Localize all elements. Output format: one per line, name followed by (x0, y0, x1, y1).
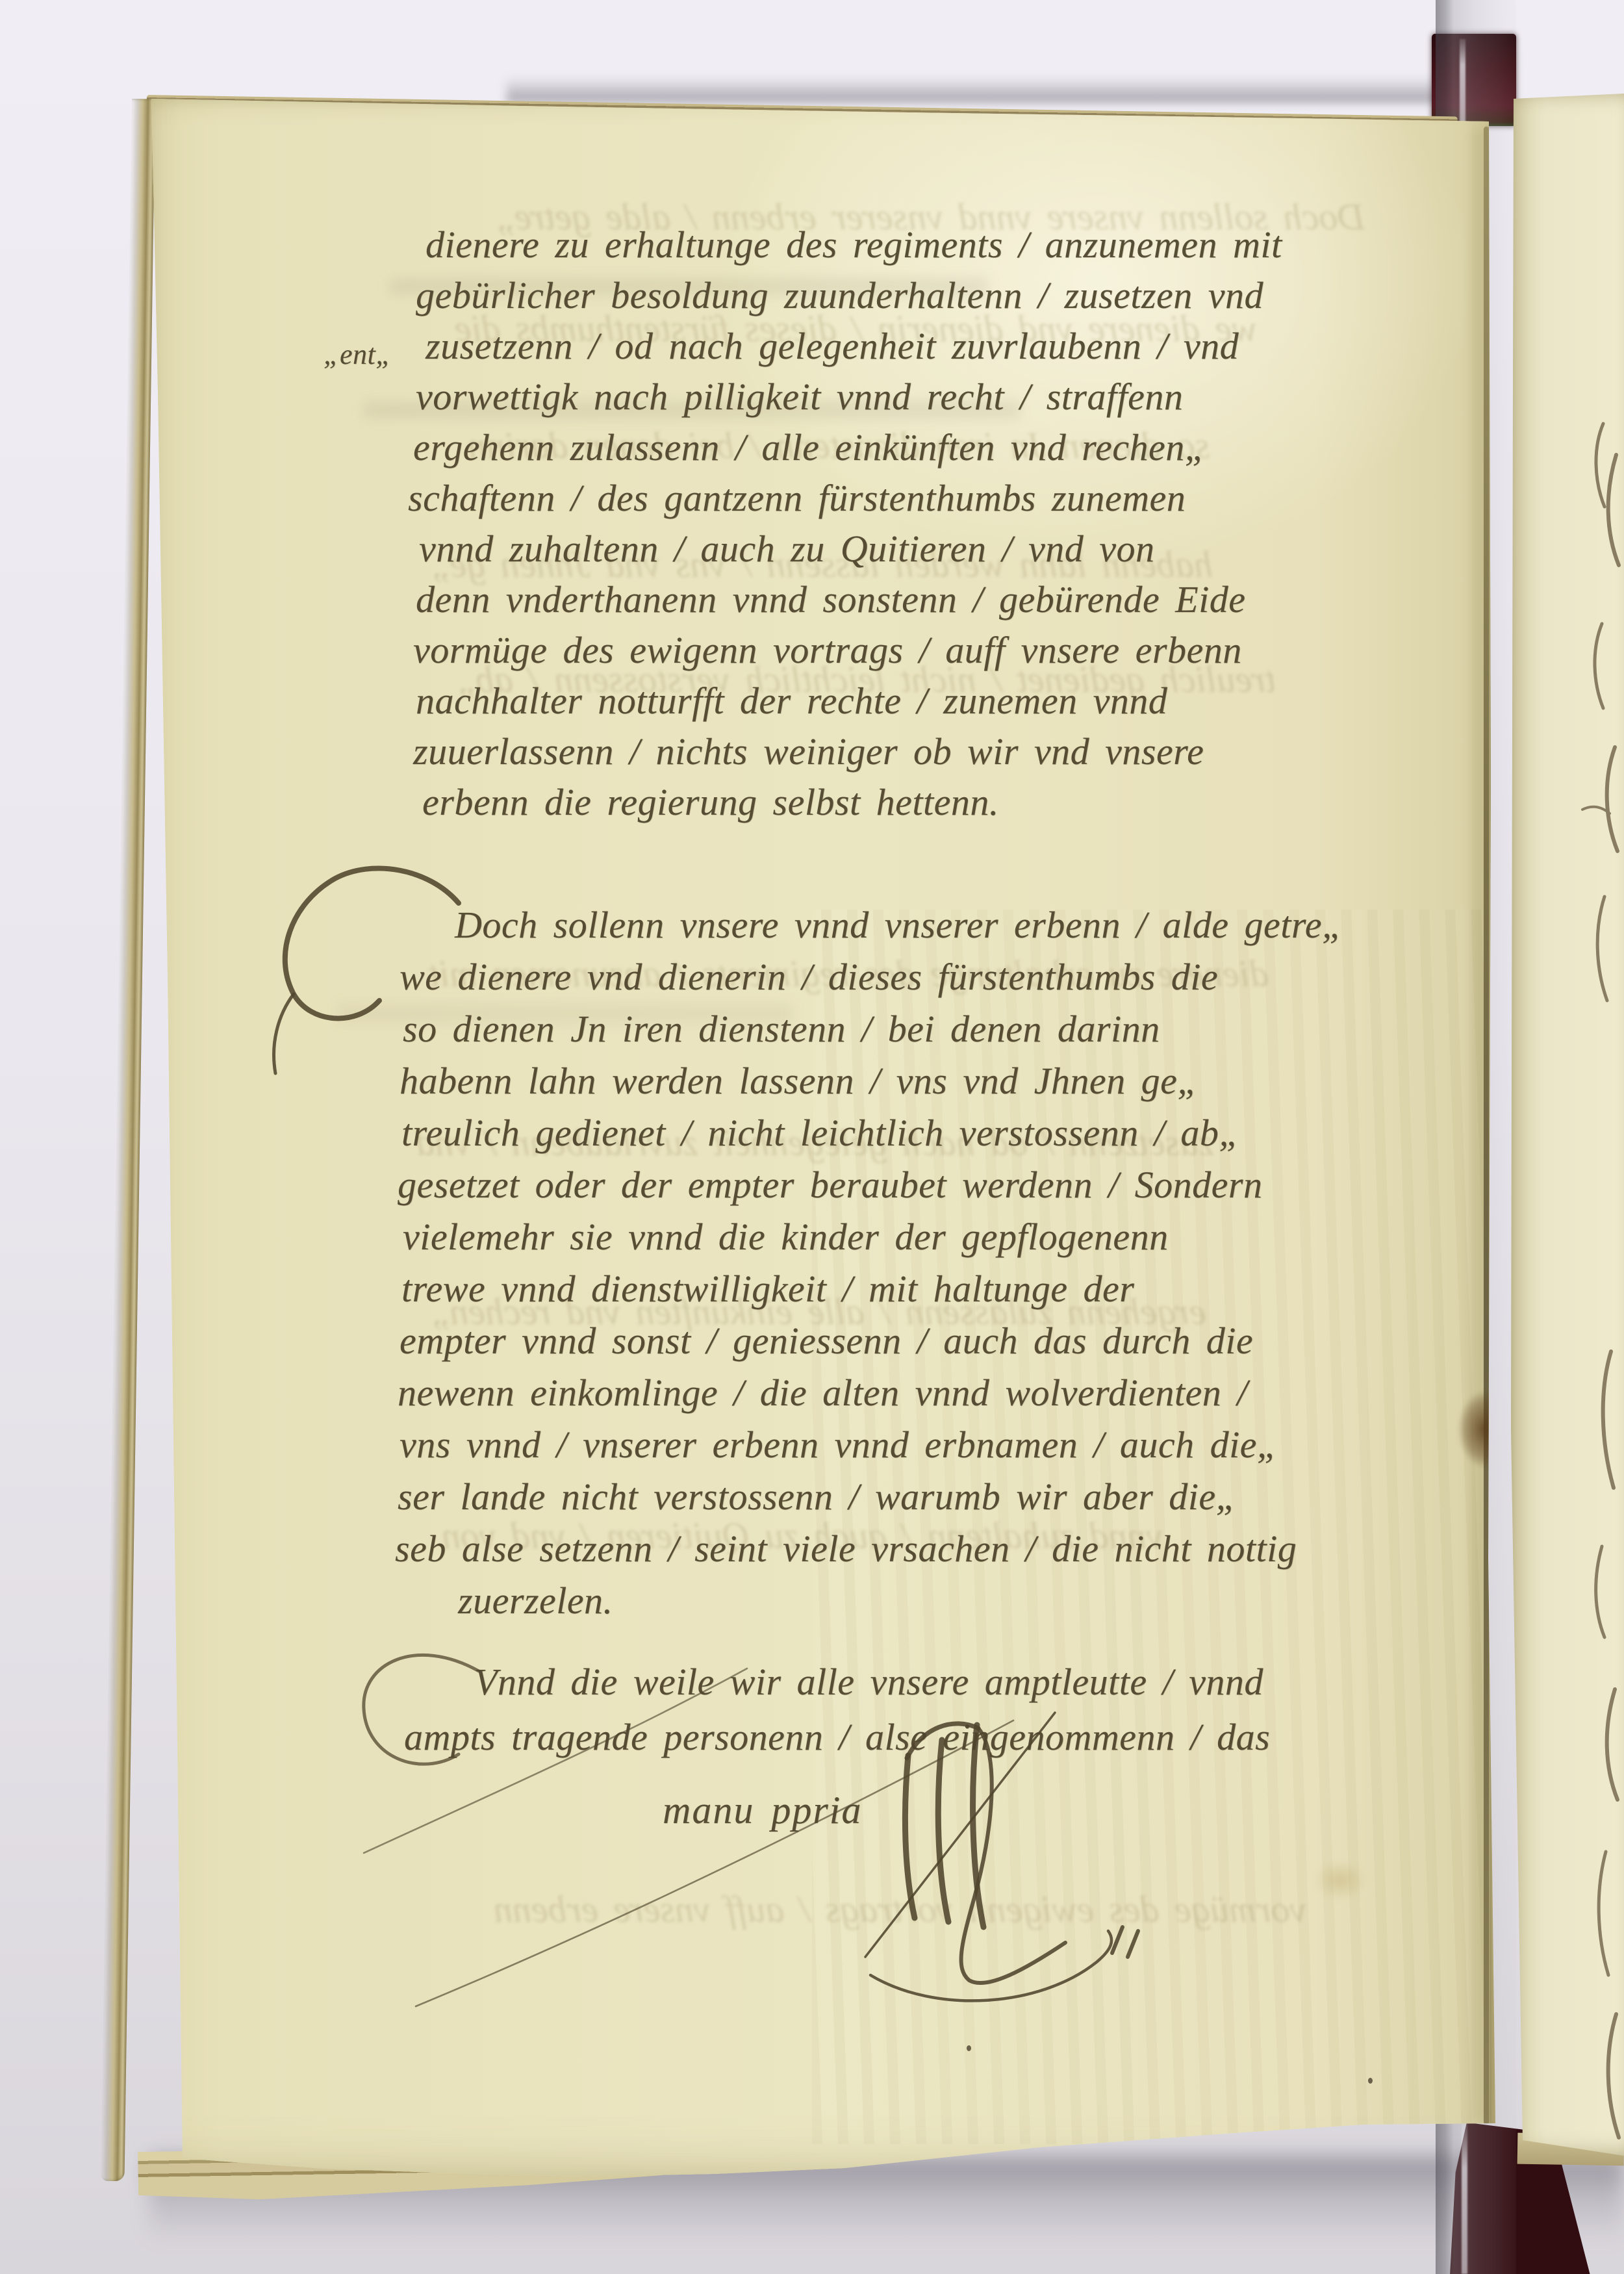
strip-reflection (1460, 39, 1465, 127)
manuscript-line: ergehenn zulassenn / alle einkünften vnd… (413, 426, 1206, 469)
marginal-insertion-note: „ent„ (324, 338, 392, 371)
manuscript-line: erbenn die regierung selbst hettenn. (422, 780, 999, 824)
manuscript-line: vielemehr sie vnnd die kinder der gepflo… (403, 1215, 1169, 1258)
manuscript-line: vnnd zuhaltenn / auch zu Quitieren / vnd… (419, 527, 1154, 570)
paper-fleck (967, 2045, 971, 2051)
bleedthrough-line: vormüge des ewigenn vortrags / auff vnse… (494, 1887, 1306, 1931)
facing-page-paper (1506, 90, 1624, 2160)
manuscript-line: trewe vnnd dienstwilligkeit / mit haltun… (401, 1267, 1134, 1310)
manuscript-line: gebürlicher besoldung zuunderhaltenn / z… (416, 274, 1263, 317)
manuscript-line: ser lande nicht verstossenn / warumb wir… (398, 1475, 1237, 1518)
manuscript-line: ampts tragende personenn / alse eingenom… (404, 1715, 1270, 1759)
manuscript-line: habenn lahn werden lassenn / vns vnd Jhn… (400, 1059, 1199, 1103)
manuscript-line: so dienen Jn iren dienstenn / bei denen … (403, 1007, 1160, 1051)
manuscript-line: empter vnnd sonst / geniessenn / auch da… (400, 1319, 1253, 1362)
manuscript-line: treulich gedienet / nicht leichtlich ver… (401, 1111, 1240, 1155)
manuscript-line: vorwettigk nach pilligkeit vnnd recht / … (416, 375, 1183, 418)
book-top-shadow (507, 77, 1494, 103)
archive-photo: { "scene": { "backdrop_color_top": "#f0e… (0, 0, 1624, 2274)
manuscript-line: dienere zu erhaltunge des regiments / an… (425, 223, 1282, 266)
manuscript-line: Vnnd die weile wir alle vnsere amptleutt… (474, 1660, 1263, 1704)
manuscript-page: Doch sollenn vnsere vnnd vnserer erbenn … (0, 0, 1624, 2274)
paper-fleck (1368, 2078, 1373, 2084)
strip-reflection (1462, 2123, 1467, 2274)
manuscript-line: zusetzenn / od nach gelegenheit zuvrlaub… (425, 324, 1239, 368)
manuscript-line: newenn einkomlinge / die alten vnnd wolv… (398, 1371, 1248, 1414)
gutter-fold-line (1484, 127, 1489, 2125)
manuscript-line: seb alse setzenn / seint viele vrsachen … (395, 1527, 1297, 1570)
manuscript-line: denn vnderthanenn vnnd sonstenn / gebüre… (416, 578, 1245, 621)
manuscript-line: vormüge des ewigenn vortrags / auff vnse… (413, 628, 1242, 672)
manuscript-line: vns vnnd / vnserer erbenn vnnd erbnamen … (400, 1423, 1278, 1466)
signature-manu-propria: manu ppria (663, 1788, 862, 1833)
page-stack-left-edges (101, 99, 155, 2181)
manuscript-line: zuerzelen. (458, 1579, 613, 1622)
manuscript-line: gesetzet oder der empter beraubet werden… (398, 1163, 1262, 1207)
manuscript-line: nachhalter notturfft der rechte / zuneme… (416, 679, 1167, 722)
manuscript-line: we dienere vnd dienerin / dieses fürsten… (400, 955, 1218, 999)
paper-stain (1304, 1853, 1376, 1908)
manuscript-line: schaftenn / des gantzenn fürstenthumbs z… (408, 476, 1186, 520)
manuscript-line: Doch sollenn vnsere vnnd vnserer erbenn … (455, 903, 1343, 947)
manuscript-line: zuuerlassenn / nichts weiniger ob wir vn… (413, 730, 1204, 773)
